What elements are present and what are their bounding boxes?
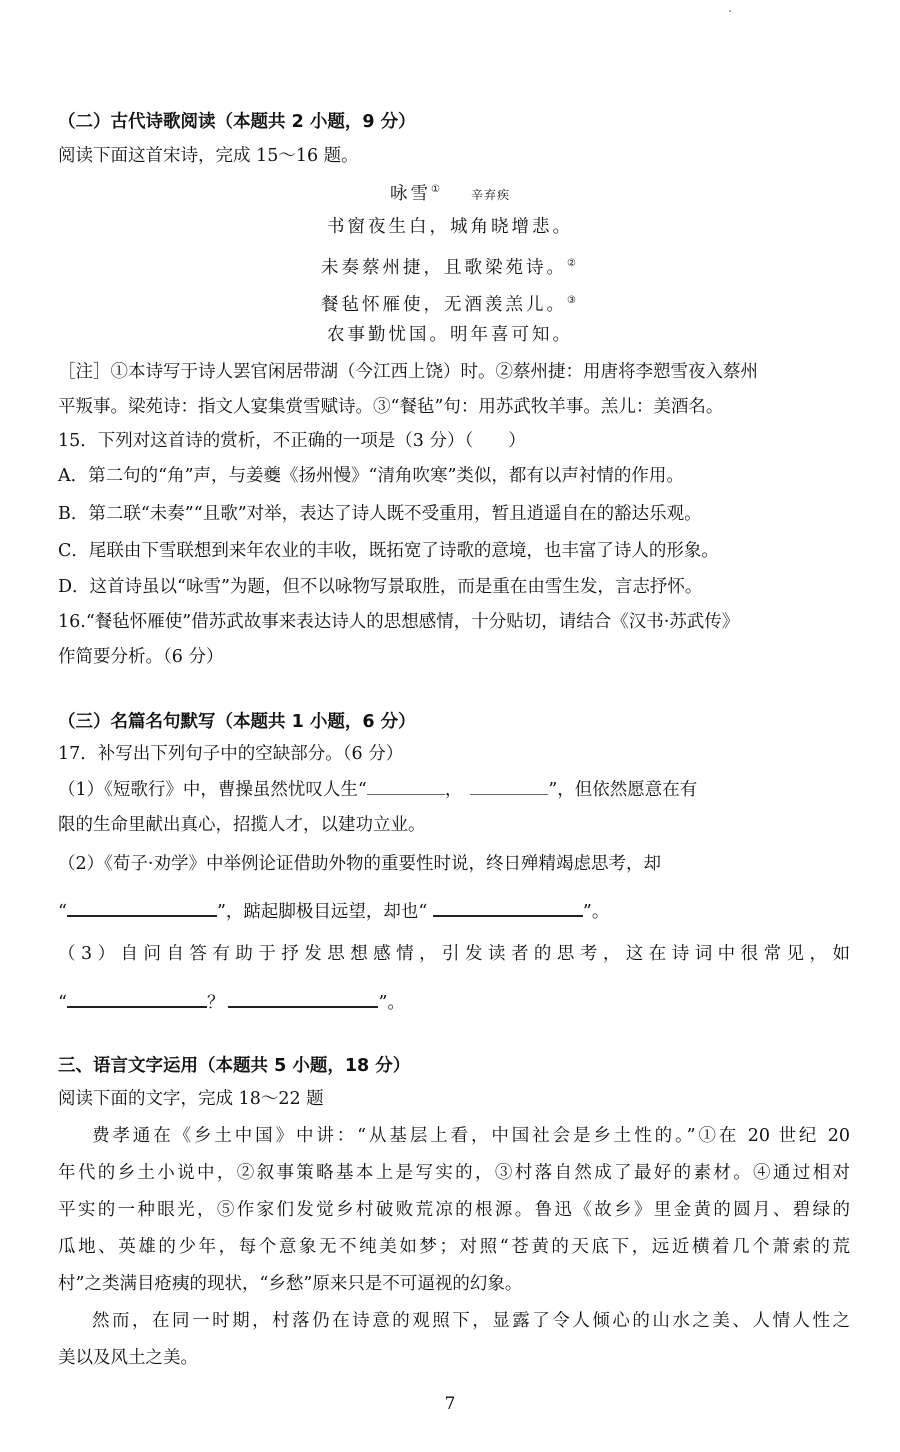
question-15-option-c: C．尾联由下雪联想到来年农业的丰收，既拓宽了诗歌的意境，也丰富了诗人的形象。 [58,538,719,564]
text: ”，踮起脚极目远望，却也“ [217,902,433,922]
question-17-part-1-cont: 限的生命里献出真心，招揽人才，以建功立业。 [58,812,426,838]
question-17-part-3: （3）自问自答有助于抒发思想感情，引发读者的思考，这在诗词中很常见，如 [58,941,850,967]
question-16-line-2: 作简要分析。（6 分） [58,644,223,670]
poem-line-note: ② [567,258,579,269]
question-15-stem: 15．下列对这首诗的赏析，不正确的一项是（3 分）（ ） [58,428,526,454]
question-15-option-d: D．这首诗虽以“咏雪”为题，但不以咏物写景取胜，而是重在由雪生发，言志抒怀。 [58,574,702,600]
question-17-stem: 17．补写出下列句子中的空缺部分。（6 分） [58,741,403,767]
text: （1）《短歌行》中，曹操虽然忧叹人生“ [58,780,367,800]
language-use-instruction: 阅读下面的文字，完成 18～22 题 [58,1086,324,1112]
poem-line-note: ③ [567,295,579,306]
passage-p1-line-3: 平实的一种眼光，⑤作家们发觉乡村破败荒凉的根源。鲁迅《故乡》里金黄的圆月、碧绿的 [58,1197,850,1223]
question-17-part-2: （2）《荀子·劝学》中举例论证借助外物的重要性时说，终日殚精竭虑思考，却 [58,851,661,877]
poem-notes-line-2: 平叛事。梁苑诗：指文人宴集赏雪赋诗。③“餐毡”句：用苏武牧羊事。羔儿：美酒名。 [58,394,723,420]
poem-line-text: 农事勤忧国。明年喜可知。 [327,325,573,345]
answer-blank-1b[interactable] [470,776,548,795]
poem-author: 辛弃疾 [471,188,510,202]
poem-line-text: 未奏蔡州捷，且歌梁苑诗。 [321,258,567,278]
poem-title: 咏雪 [390,184,431,204]
passage-p1-line-5: 村”之类满目疮痍的现状，“乡愁”原来只是不可逼视的幻象。 [58,1271,522,1297]
answer-blank-2a[interactable] [67,897,217,917]
poem-line-4: 农事勤忧国。明年喜可知。 [0,322,900,348]
passage-p1-line-1: 费孝通在《乡土中国》中讲：“从基层上看，中国社会是乡土性的。”①在 20 世纪 … [92,1123,850,1149]
passage-p1-line-2: 年代的乡土小说中，②叙事策略基本上是写实的，③村落自然成了最好的素材。④通过相对 [58,1160,850,1186]
question-17-part-2-blanks: “”，踮起脚极目远望，却也“ ”。 [58,897,609,925]
poem-title-note: ① [431,184,443,195]
passage-p2-line-2: 美以及风土之美。 [58,1345,198,1371]
answer-blank-1a[interactable] [367,776,445,795]
text: ”。 [583,902,609,922]
passage-p2-line-1: 然而，在同一时期，村落仍在诗意的观照下，显露了令人倾心的山水之美、人情人性之 [92,1308,850,1334]
passage-p1-line-4: 瓜地、英雄的少年，每个意象无不纯美如梦；对照“苍黄的天底下，远近横着几个萧索的荒 [58,1234,850,1260]
poem-line-1: 书窗夜生白，城角晓增悲。 [0,214,900,240]
section-heading-recitation: （三）名篇名句默写（本题共 1 小题，6 分） [58,709,416,735]
text: ？ [207,993,225,1013]
page-number: 7 [0,1394,900,1414]
poem-title-line: 咏雪①辛弃疾 [0,177,900,208]
text: “ [58,993,67,1013]
text: ， [445,780,463,800]
answer-blank-3a[interactable] [67,988,207,1008]
section-heading-language-use: 三、语言文字运用（本题共 5 小题，18 分） [58,1053,410,1079]
poem-line-text: 餐毡怀雁使，无酒羡羔儿。 [321,295,567,315]
scan-speck [729,10,731,12]
answer-blank-3b[interactable] [228,988,378,1008]
text: ”，但依然愿意在有 [548,780,697,800]
question-17-part-3-blanks: “？”。 [58,988,405,1016]
question-17-part-1: （1）《短歌行》中，曹操虽然忧叹人生“，”，但依然愿意在有 [58,776,697,803]
question-15-option-b: B．第二联“未奏”“且歌”对举，表达了诗人既不受重用，暂且逍遥自在的豁达乐观。 [58,501,702,527]
section-heading-poetry: （二）古代诗歌阅读（本题共 2 小题，9 分） [58,109,416,135]
poetry-instruction: 阅读下面这首宋诗，完成 15～16 题。 [58,143,359,169]
question-15-option-a: A．第二句的“角”声，与姜夔《扬州慢》“清角吹寒”类似，都有以声衬情的作用。 [58,463,684,489]
poem-notes-line-1: ［注］①本诗写于诗人罢官闲居带湖（今江西上饶）时。②蔡州捷：用唐将李愬雪夜入蔡州 [58,359,758,385]
answer-blank-2b[interactable] [433,897,583,917]
poem-line-text: 书窗夜生白，城角晓增悲。 [327,217,573,237]
poem-line-3: 餐毡怀雁使，无酒羡羔儿。③ [0,288,900,318]
text: “ [58,902,67,922]
poem-line-2: 未奏蔡州捷，且歌梁苑诗。② [0,251,900,281]
question-16-line-1: 16.“餐毡怀雁使”借苏武故事来表达诗人的思想感情，十分贴切，请结合《汉书·苏武… [58,609,739,635]
text: ”。 [378,993,404,1013]
